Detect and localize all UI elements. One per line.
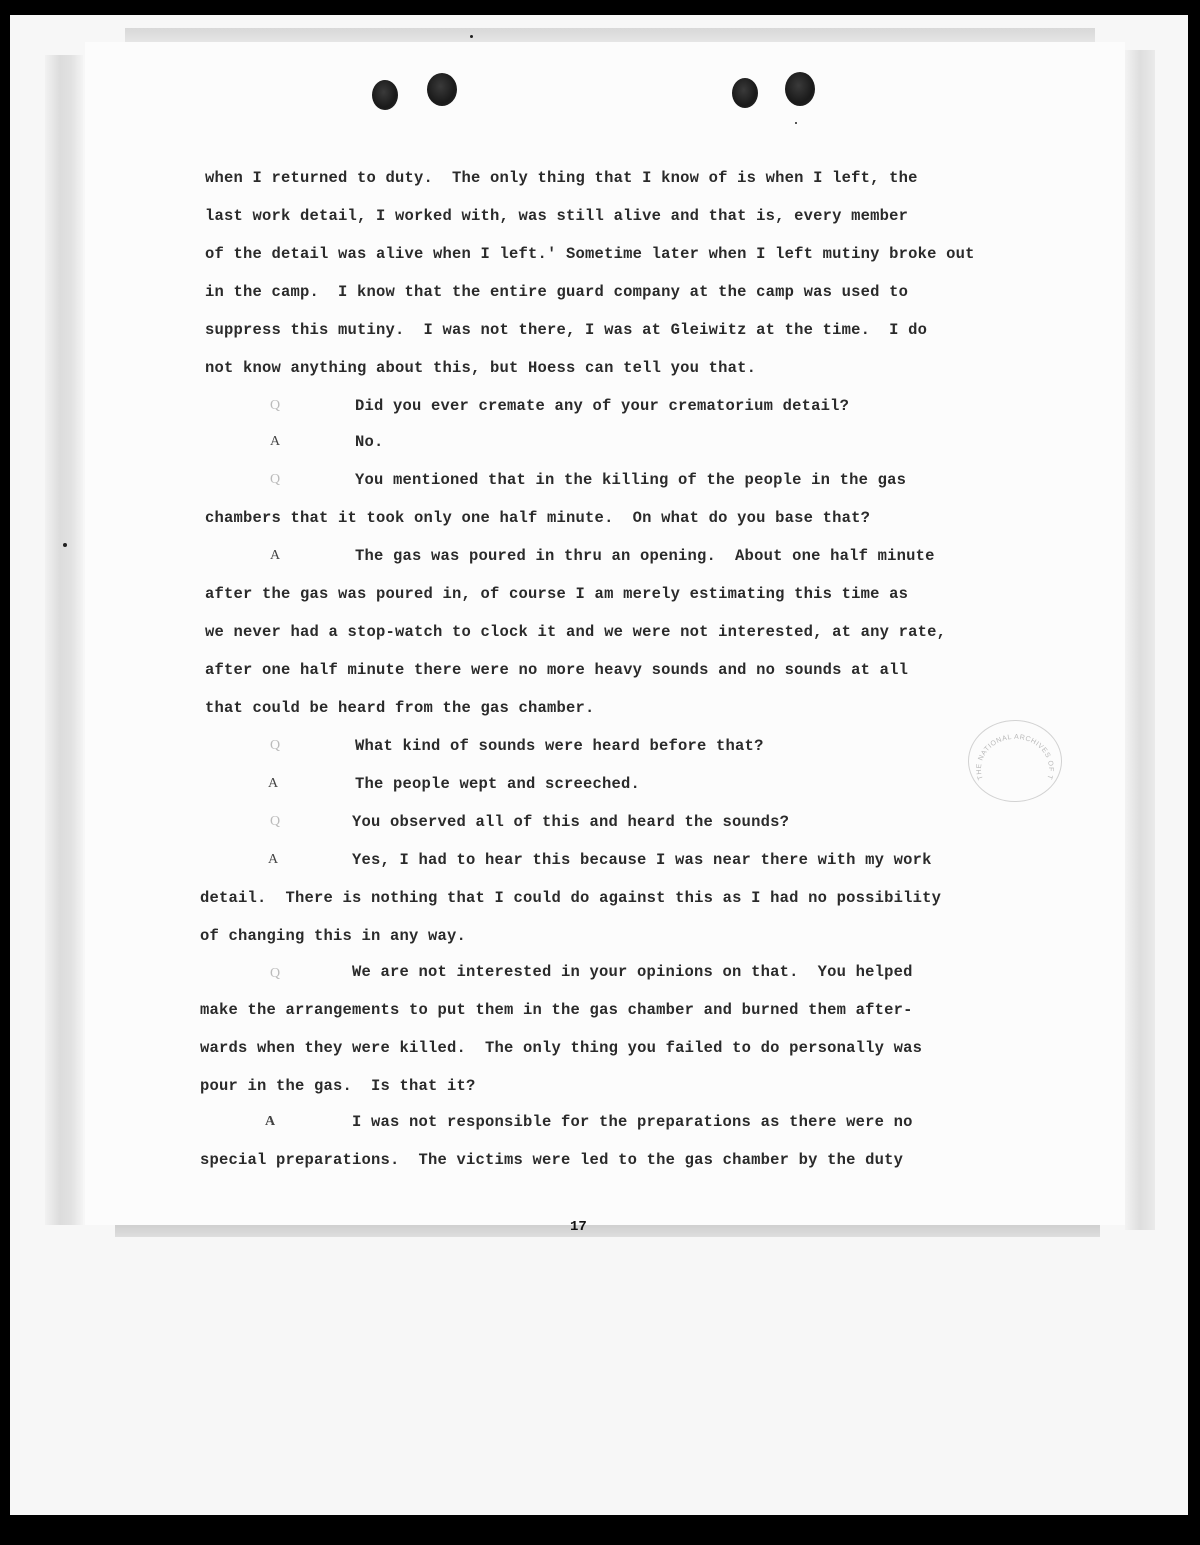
transcript-line: detail. There is nothing that I could do… [200,888,941,908]
transcript-line: after the gas was poured in, of course I… [205,584,908,604]
hole-punch-icon [372,80,398,110]
hole-punch-icon [732,78,758,108]
bottom-copy-shadow [115,1225,1100,1237]
ink-speck [63,543,67,547]
transcript-line: suppress this mutiny. I was not there, I… [205,320,927,340]
transcript-line: make the arrangements to put them in the… [200,1000,913,1020]
archives-stamp: THE NATIONAL ARCHIVES OF THE UNITED STAT… [968,720,1062,802]
question-marker: Q [270,398,280,414]
transcript-line: in the camp. I know that the entire guar… [205,282,908,302]
answer-text: The people wept and screeched. [355,774,640,794]
left-copy-shadow [45,55,83,1225]
question-text: What kind of sounds were heard before th… [355,736,764,756]
transcript-line: chambers that it took only one half minu… [205,508,870,528]
answer-text: Yes, I had to hear this because I was ne… [352,850,932,870]
transcript-line: after one half minute there were no more… [205,660,908,680]
transcript-line: of changing this in any way. [200,926,466,946]
question-marker: Q [270,472,280,488]
question-marker: Q [270,738,280,754]
archives-stamp-text: THE NATIONAL ARCHIVES OF THE UNITED STAT… [969,721,1061,801]
answer-marker: A [265,1114,275,1130]
answer-marker: A [270,434,280,450]
question-text: We are not interested in your opinions o… [352,962,913,982]
top-copy-shadow [125,28,1095,43]
question-marker: Q [270,814,280,830]
transcript-line: pour in the gas. Is that it? [200,1076,476,1096]
answer-marker: A [268,776,278,792]
ink-speck [470,35,473,38]
transcript-line: special preparations. The victims were l… [200,1150,903,1170]
transcript-line: wards when they were killed. The only th… [200,1038,922,1058]
question-text: You observed all of this and heard the s… [352,812,789,832]
right-copy-shadow [1125,50,1155,1230]
answer-marker: A [268,852,278,868]
question-text: Did you ever cremate any of your cremato… [355,396,849,416]
transcript-line: we never had a stop-watch to clock it an… [205,622,946,642]
transcript-line: last work detail, I worked with, was sti… [205,206,908,226]
answer-text: I was not responsible for the preparatio… [352,1112,913,1132]
transcript-line: that could be heard from the gas chamber… [205,698,595,718]
answer-marker: A [270,548,280,564]
stamp-arc-text: THE NATIONAL ARCHIVES OF THE UNITED STAT… [969,721,1054,781]
answer-text: The gas was poured in thru an opening. A… [355,546,935,566]
hole-punch-icon [785,72,815,106]
answer-text: No. [355,432,384,452]
transcript-line: when I returned to duty. The only thing … [205,168,918,188]
ink-speck [795,122,797,124]
question-marker: Q [270,966,280,982]
svg-text:THE NATIONAL ARCHIVES OF THE U: THE NATIONAL ARCHIVES OF THE UNITED STAT… [969,721,1054,781]
transcript-line: not know anything about this, but Hoess … [205,358,756,378]
transcript-line: of the detail was alive when I left.' So… [205,244,975,264]
page-number: 17 [570,1219,587,1235]
question-text: You mentioned that in the killing of the… [355,470,906,490]
hole-punch-icon [427,73,457,106]
